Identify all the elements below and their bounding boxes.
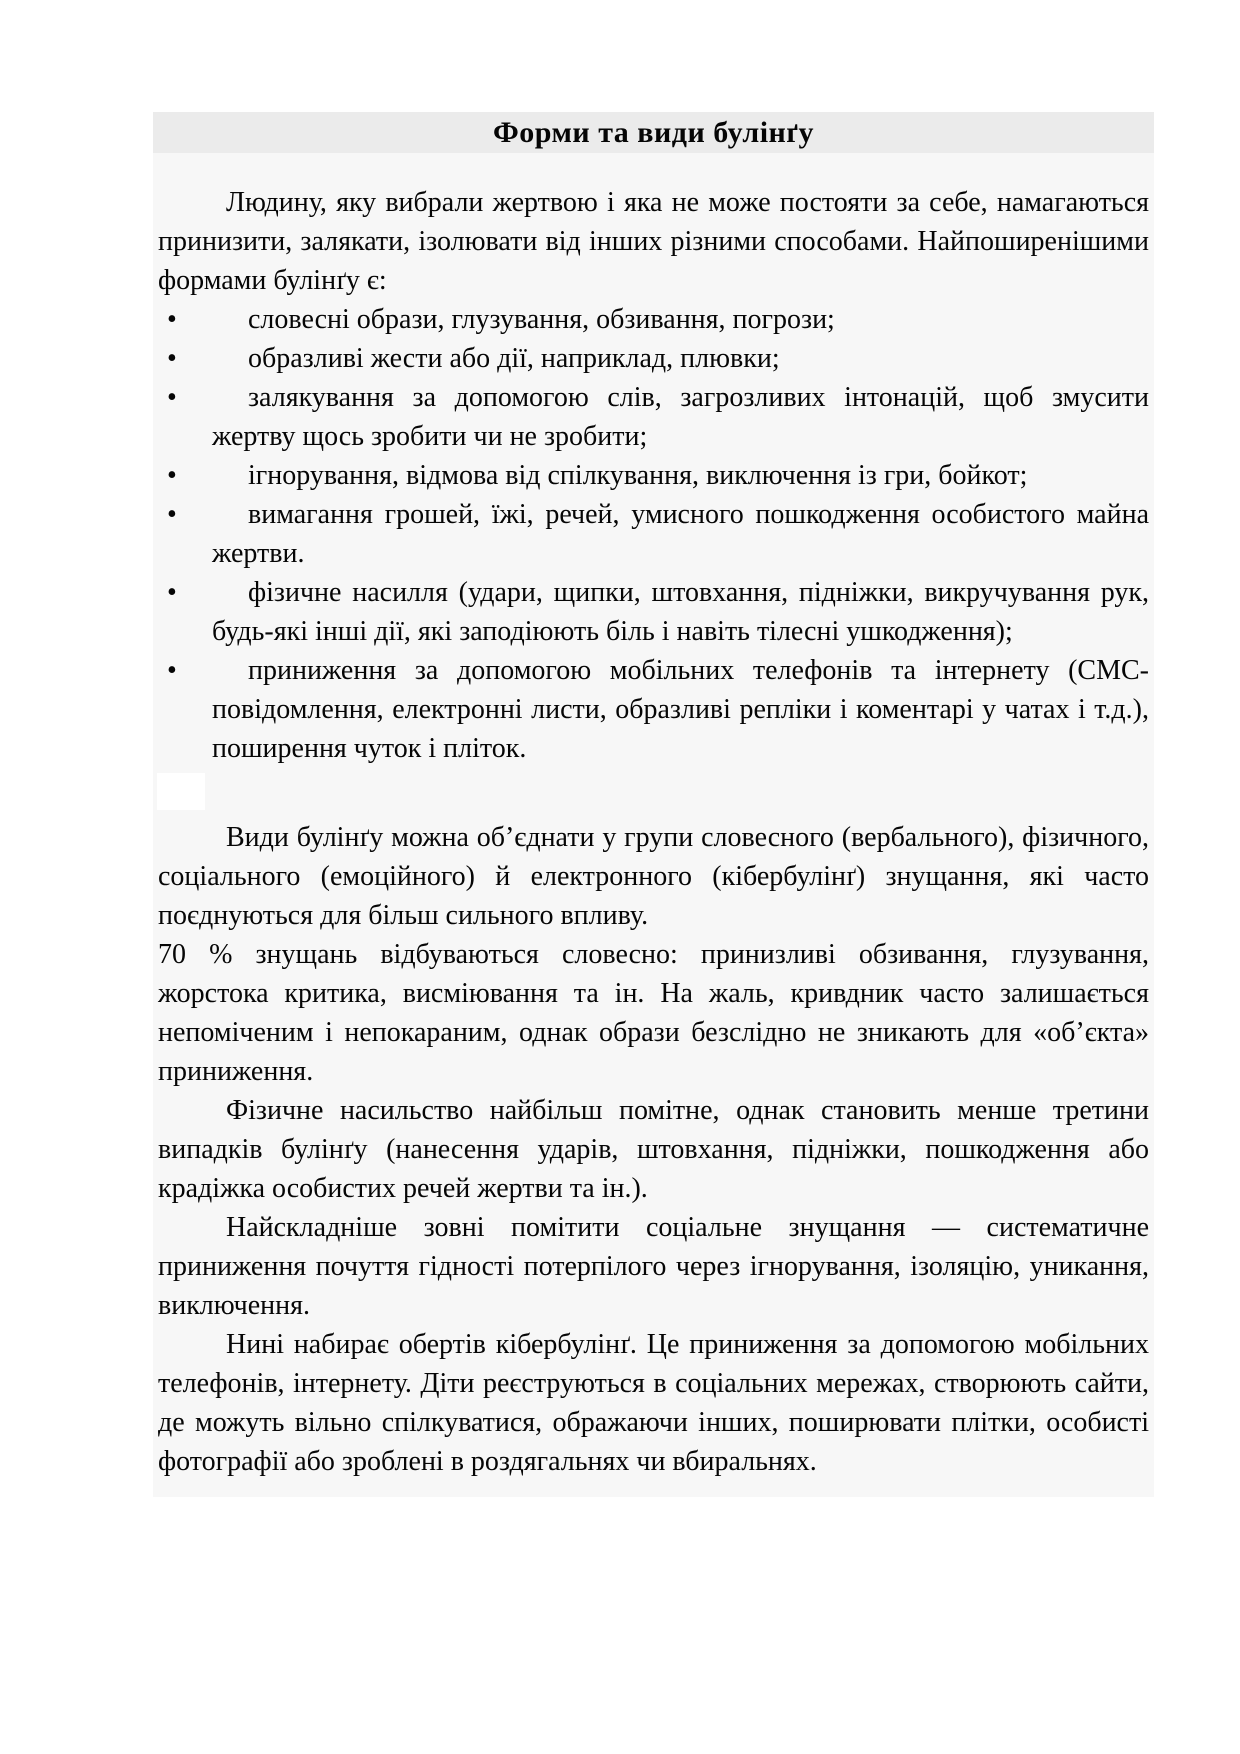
list-item-text: приниження за допомогою мобільних телефо… bbox=[212, 655, 1149, 764]
list-item: • образливі жести або дії, наприклад, пл… bbox=[158, 339, 1149, 378]
text-block: Форми та види булінґу Людину, яку вибрал… bbox=[153, 112, 1154, 1497]
bullying-forms-list: • словесні образи, глузування, обзивання… bbox=[158, 300, 1149, 768]
intro-paragraph: Людину, яку вибрали жертвою і яка не мож… bbox=[158, 183, 1149, 300]
body-paragraph: Нині набирає обертів кібербулінґ. Це при… bbox=[158, 1325, 1149, 1481]
list-item: • словесні образи, глузування, обзивання… bbox=[158, 300, 1149, 339]
list-item: • фізичне насилля (удари, щипки, штовхан… bbox=[158, 573, 1149, 651]
bullet-icon: • bbox=[167, 456, 177, 495]
bullet-icon: • bbox=[167, 300, 177, 339]
list-item-text: вимагання грошей, їжі, речей, умисного п… bbox=[212, 499, 1149, 569]
list-item: • приниження за допомогою мобільних теле… bbox=[158, 651, 1149, 768]
list-item: • ігнорування, відмова від спілкування, … bbox=[158, 456, 1149, 495]
body-paragraph: Фізичне насильство найбільш помітне, одн… bbox=[158, 1091, 1149, 1208]
list-item-text: словесні образи, глузування, обзивання, … bbox=[248, 304, 835, 335]
section-title-bar: Форми та види булінґу bbox=[153, 112, 1154, 153]
list-item-text: ігнорування, відмова від спілкування, ви… bbox=[248, 460, 1027, 491]
list-item-text: фізичне насилля (удари, щипки, штовхання… bbox=[212, 577, 1149, 647]
page-title: Форми та види булінґу bbox=[493, 116, 814, 150]
bullet-icon: • bbox=[167, 573, 177, 612]
body-paragraph: Найскладніше зовні помітити соціальне зн… bbox=[158, 1208, 1149, 1325]
list-item: • вимагання грошей, їжі, речей, умисного… bbox=[158, 495, 1149, 573]
body-paragraph: 70 % знущань відбуваються словесно: прин… bbox=[158, 935, 1149, 1091]
bullet-icon: • bbox=[167, 339, 177, 378]
document-body: Людину, яку вибрали жертвою і яка не мож… bbox=[153, 153, 1154, 1497]
bullet-icon: • bbox=[167, 651, 177, 690]
list-item-text: залякування за допомогою слів, загрозлив… bbox=[212, 382, 1149, 452]
bullet-icon: • bbox=[167, 378, 177, 417]
paragraph-gap bbox=[158, 768, 1149, 818]
body-paragraph: Види булінґу можна об’єднати у групи сло… bbox=[158, 818, 1149, 935]
document-page: Форми та види булінґу Людину, яку вибрал… bbox=[0, 0, 1240, 1754]
bullet-icon: • bbox=[167, 495, 177, 534]
highlight-gap bbox=[157, 773, 205, 810]
list-item: • залякування за допомогою слів, загрозл… bbox=[158, 378, 1149, 456]
list-item-text: образливі жести або дії, наприклад, плюв… bbox=[248, 343, 780, 374]
